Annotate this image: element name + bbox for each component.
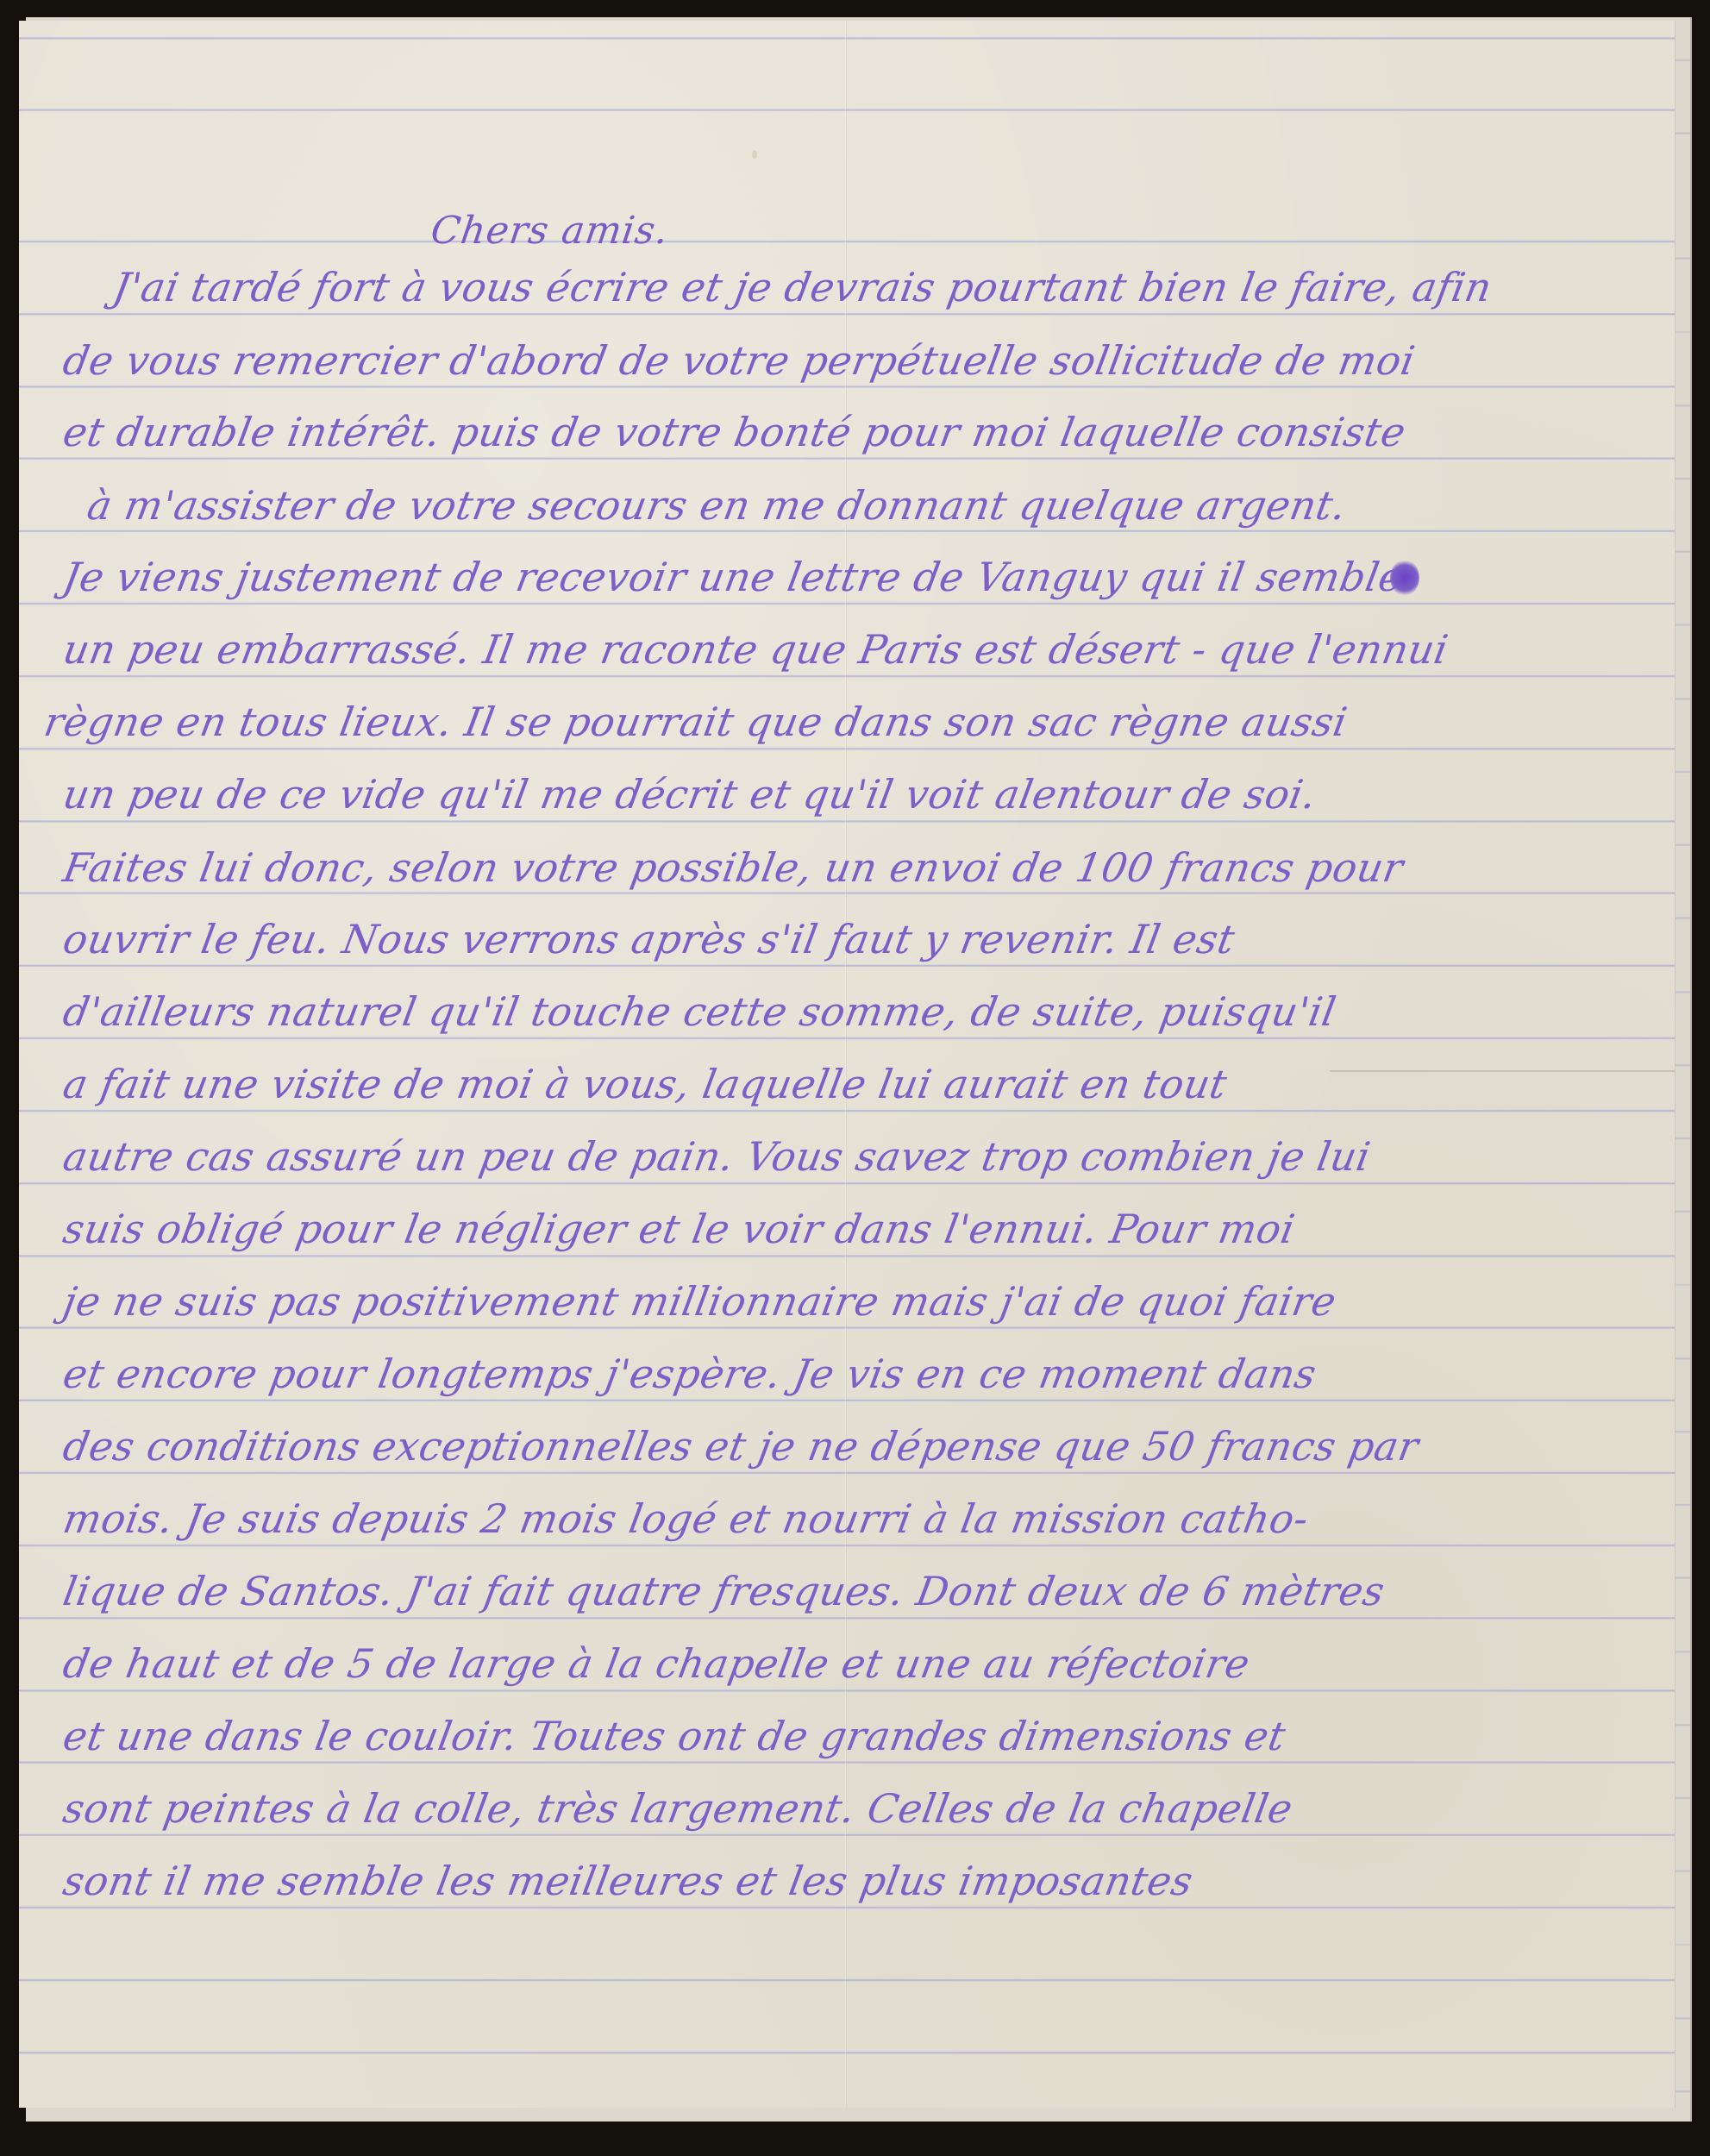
letter-line: suis obligé pour le négliger et le voir …: [60, 1206, 1299, 1252]
ink-blot: [1390, 560, 1419, 596]
letter-line: des conditions exceptionnelles et je ne …: [60, 1423, 1422, 1470]
letter-line: de vous remercier d'abord de votre perpé…: [60, 337, 1419, 384]
letter-line: et une dans le couloir. Toutes ont de gr…: [60, 1713, 1289, 1759]
letter-line: Faites lui donc, selon votre possible, u…: [60, 844, 1406, 891]
letter-line: un peu embarrassé. Il me raconte que Par…: [60, 626, 1451, 673]
letter-line: à m'assister de votre secours en me donn…: [84, 482, 1350, 529]
letter-page: Chers amis. J'ai tardé fort à vous écrir…: [19, 21, 1675, 2108]
letter-line: sont il me semble les meilleures et les …: [60, 1858, 1196, 1904]
letter-line: lique de Santos. J'ai fait quatre fresqu…: [60, 1568, 1388, 1614]
letter-line: autre cas assuré un peu de pain. Vous sa…: [60, 1133, 1374, 1180]
letter-line: et encore pour longtemps j'espère. Je vi…: [60, 1351, 1320, 1397]
letter-line: un peu de ce vide qu'il me décrit et qu'…: [60, 771, 1320, 818]
letter-line: sont peintes à la colle, très largement.…: [60, 1785, 1296, 1832]
letter-line: d'ailleurs naturel qu'il touche cette so…: [60, 988, 1339, 1035]
letter-line: mois. Je suis depuis 2 mois logé et nour…: [60, 1495, 1312, 1542]
letter-line: et durable intérêt. puis de votre bonté …: [60, 409, 1409, 455]
letter-line: J'ai tardé fort à vous écrire et je devr…: [110, 264, 1495, 310]
letter-line: Je viens justement de recevoir une lettr…: [60, 554, 1407, 600]
letter-line: a fait une visite de moi à vous, laquell…: [60, 1061, 1231, 1107]
letter-line: je ne suis pas positivement millionnaire…: [60, 1278, 1340, 1325]
salutation: Chers amis.: [428, 209, 671, 253]
letter-line: de haut et de 5 de large à la chapelle e…: [60, 1640, 1253, 1687]
letter-line: ouvrir le feu. Nous verrons après s'il f…: [60, 916, 1238, 962]
letter-line: règne en tous lieux. Il se pourrait que …: [41, 699, 1350, 745]
letter-body: Chers amis. J'ai tardé fort à vous écrir…: [19, 21, 1675, 2108]
